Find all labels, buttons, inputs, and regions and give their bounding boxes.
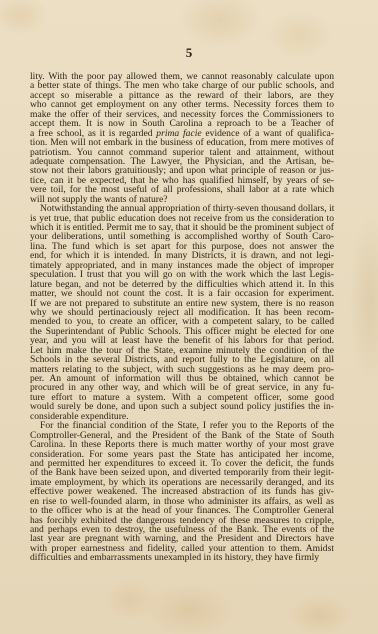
page-number: 5	[0, 45, 378, 61]
body-text: lity. With the poor pay allowed them, we…	[30, 72, 334, 563]
paragraph-p2: Notwithstanding the annual appropriation…	[30, 204, 334, 421]
paragraph-p3: For the financial condition of the State…	[30, 421, 334, 563]
document-page: 5 lity. With the poor pay allowed them, …	[0, 0, 378, 634]
paragraph-p1: lity. With the poor pay allowed them, we…	[30, 72, 334, 204]
text-line: difficulties and embarrassments unexampl…	[30, 553, 334, 562]
